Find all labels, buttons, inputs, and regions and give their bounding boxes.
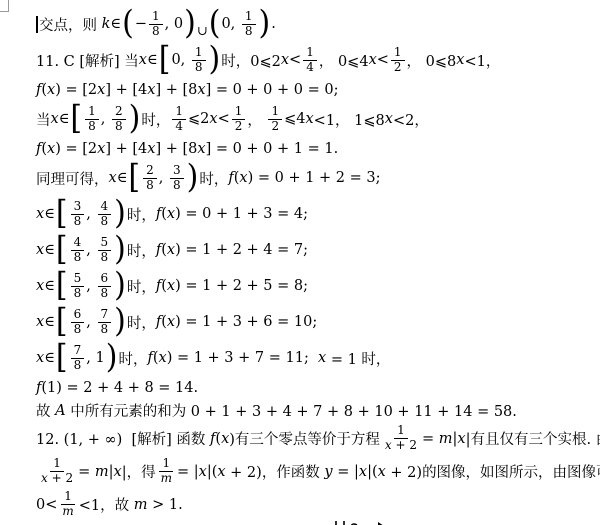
math-var: x [209,111,217,127]
text-run: 2 [146,163,154,177]
text-run: ∈ [44,350,55,366]
fraction-denominator: 8 [71,251,85,265]
math-var: x [167,314,175,330]
fraction-denominator: 8 [192,61,206,75]
fraction: 68 [71,308,85,337]
fraction: 18 [149,10,163,39]
text-line: x∈[38, 48)时，f(x) = 0 + 1 + 3 = 4; [36,196,592,232]
fraction-numerator: 1 [159,457,173,472]
fraction: 14 [303,46,317,75]
math-var: m [161,471,172,485]
math-var: x [36,350,44,366]
interval-bracket: ) [259,8,271,40]
text-run: 7 [101,307,109,321]
text-run: 1 [245,9,253,23]
text-run: ∈ [147,52,158,68]
fraction-numerator: 1 [192,46,206,61]
math-var: x [369,52,377,68]
text-run: 3 [173,163,181,177]
math-var: x [281,52,289,68]
text-run: 8 [101,214,109,228]
fraction-numerator: 3 [71,200,85,215]
text-run: 1 [152,9,160,23]
union-symbol: ∪ [197,24,208,39]
interval-bracket: [ [56,270,68,302]
text-run: 8 [74,358,82,372]
fraction-denominator: 8 [98,323,112,337]
text-run: ] = 0 + 0 + 0 = 0; [206,82,339,98]
math-var: y [324,464,332,480]
math-var: x [147,141,155,157]
text-run: 1 [88,104,96,118]
interval-bracket: [ [159,44,171,76]
fraction: 58 [98,236,112,265]
text-run: , [101,111,110,127]
text-run: 当 [36,109,51,130]
text-run: 1 [195,45,203,59]
fraction: 12 [391,46,405,75]
text-run: + 2 [392,438,417,452]
fraction-numerator: 1 [303,46,317,61]
text-line: x∈[48, 58)时，f(x) = 1 + 2 + 4 = 7; [36,232,592,268]
text-run: ] + [8 [155,82,197,98]
text-run: + 2 [48,471,73,485]
math-var: x [199,464,207,480]
text-run: ) = 1 + 3 + 6 = 10; [175,314,317,330]
fraction: 38 [71,200,85,229]
math-var: m [439,431,453,447]
fraction-numerator: 7 [98,308,112,323]
math-var: x [114,464,122,480]
text-line: 故 A 中所有元素的和为 0 + 1 + 3 + 4 + 7 + 8 + 10 … [36,399,592,422]
fraction: 1x + 2 [38,457,76,486]
math-var: x [305,111,313,127]
interval-bracket: [ [56,342,68,374]
fraction-denominator: x + 2 [382,439,420,453]
text-run: ∈ [110,16,121,32]
text-run: ) = [2 [55,82,97,98]
interval-bracket: [ [128,162,140,194]
text-run: 8 [173,178,181,192]
interval-bracket: ) [114,234,126,266]
text-run: , [86,314,95,330]
fraction: 1m [59,490,76,519]
interval-bracket: [ [70,103,82,135]
text-run: . [271,16,276,32]
text-line: x∈[58, 68)时，f(x) = 1 + 2 + 5 = 8; [36,268,592,304]
fraction: 18 [242,10,256,39]
fraction-denominator: 8 [71,359,85,373]
fraction-denominator: 8 [112,120,126,134]
text-run: ] + [8 [155,141,197,157]
text-run: <1，故 [79,494,134,515]
text-run: 8 [74,322,82,336]
text-run: , [86,242,95,258]
text-line: 同理可得，x∈[28, 38)时，f(x) = 0 + 1 + 2 = 3; [36,160,592,196]
interval-bracket: ( [122,8,134,40]
text-run: 1 [235,104,243,118]
text-run: ⩽2 [188,111,209,127]
fraction: 38 [170,164,184,193]
text-run: 5 [74,271,82,285]
text-run: |有且仅有三个实根. 由 [466,428,600,449]
text-run: <1， 1⩽8 [314,109,385,130]
text-run: (1) = 2 + 4 + 8 = 14. [41,380,198,396]
document-page: 交点，则 k∈(−18, 0)∪(0, 18).11. C [解析] 当x∈[0… [0,0,600,525]
fraction-denominator: 8 [98,251,112,265]
text-run: 1 [306,45,314,59]
text-run: ) = 1 + 3 + 7 = 11; [167,350,318,366]
text-run: = 1 时， [326,348,390,369]
math-var: x [167,278,175,294]
text-run: + 2)的图像，如图所示，由图像可知， [386,461,600,482]
fraction-denominator: 8 [71,215,85,229]
text-line: f(1) = 2 + 4 + 8 = 14. [36,376,592,399]
math-var: x [378,464,386,480]
fraction: 48 [71,236,85,265]
text-run: , [159,170,168,186]
fraction-numerator: 3 [170,164,184,179]
math-var: x [147,82,155,98]
interval-bracket: ) [114,198,126,230]
text-run: 3 [74,199,82,213]
text-line: 交点，则 k∈(−18, 0)∪(0, 18). [36,6,592,42]
text-run: ] = 0 + 0 + 1 = 1. [206,141,339,157]
math-var: x [167,206,175,222]
text-run: 5 [101,235,109,249]
text-run: ] + [4 [105,82,147,98]
text-run: <1， [464,50,500,71]
fraction-denominator: 2 [232,120,246,134]
text-run: ⩽4 [284,111,305,127]
text-run: 1 [271,104,279,118]
math-var: x [457,431,465,447]
clipped-graph-top-icon [332,519,402,525]
math-var: x [221,431,229,447]
text-run: 8 [74,250,82,264]
math-var: x [41,471,48,485]
text-run: |( [207,464,218,480]
text-run: ) = 0 + 1 + 2 = 3; [248,170,381,186]
text-run: 4 [306,60,314,74]
text-run: ， [247,109,266,130]
text-line: 当x∈[18, 28)时，14⩽2x<12， 12⩽4x<1， 1⩽8x<2， [36,101,592,137]
fraction: 28 [112,105,126,134]
text-run: > 1. [148,497,183,513]
fraction: 18 [192,46,206,75]
text-run: 时， [199,168,228,189]
text-run: 0, [171,52,189,68]
text-run: = [422,431,439,447]
fraction: 12 [232,105,246,134]
text-line: 1x + 2= m|x|，得1m= |x|(x + 2)，作函数 y = |x|… [36,455,592,488]
math-var: x [36,206,44,222]
interval-bracket: [ [56,234,68,266]
text-line: 0<1m<1，故 m > 1. [36,488,592,521]
interval-bracket: ) [209,44,221,76]
text-run: 8 [152,24,160,38]
text-run: 8 [101,250,109,264]
fraction-numerator: 1 [242,10,256,25]
text-line: x∈[78, 1)时，f(x) = 1 + 3 + 7 = 11; x = 1 … [36,340,592,376]
text-run: < [289,52,301,68]
fraction-denominator: 4 [172,120,186,134]
fraction: 12 [268,105,282,134]
text-run: ) = 1 + 2 + 5 = 8; [175,278,308,294]
math-var: x [318,350,326,366]
fraction-denominator: 8 [170,179,184,193]
text-run: 0< [36,497,57,513]
fraction: 1x + 2 [382,424,420,453]
math-var: x [197,82,205,98]
text-run: 时，0⩽2 [221,50,281,71]
text-run: ∈ [44,242,55,258]
text-run: |( [367,464,378,480]
math-var: x [36,278,44,294]
math-var: x [47,82,55,98]
text-run: 故 [36,400,55,421]
text-run: ) = 0 + 1 + 3 = 4; [175,206,308,222]
fraction-numerator: 6 [98,272,112,287]
text-run: 1 [175,104,183,118]
text-run: 2 [235,119,243,133]
fraction-numerator: 2 [112,105,126,120]
math-var: x [167,242,175,258]
fraction-denominator: 8 [242,25,256,39]
interval-bracket: ) [114,306,126,338]
text-run: ∈ [44,314,55,330]
text-run: 交点，则 [39,14,102,35]
fraction-denominator: 8 [149,25,163,39]
text-run: 同理可得， [36,168,109,189]
text-run: 时， [127,276,156,297]
text-run: 8 [195,60,203,74]
interval-bracket: ) [129,103,141,135]
text-run: <2， [393,109,429,130]
fraction-numerator: 1 [232,105,246,120]
text-run: = | [333,464,359,480]
text-run: ∈ [117,170,128,186]
text-run: 时， [127,312,156,333]
math-var: x [456,52,464,68]
math-var: m [62,504,73,518]
fraction-denominator: 8 [98,215,112,229]
text-line: 12. (1, + ∞) [解析] 函数 f(x)有三个零点等价于方程1x + … [36,422,592,455]
interval-bracket: ) [184,8,196,40]
text-run: 8 [245,24,253,38]
math-var: x [109,170,117,186]
text-run: − [135,16,147,32]
fraction-denominator: 8 [71,287,85,301]
fraction: 78 [71,344,85,373]
math-var: x [97,141,105,157]
text-run: ) = [2 [55,141,97,157]
frame-corner [0,0,9,12]
text-run: 8 [101,322,109,336]
text-run: 8 [115,119,123,133]
text-run: 4 [74,235,82,249]
text-run: , [86,278,95,294]
fraction-numerator: 7 [71,344,85,359]
text-run: 0, [221,16,239,32]
math-var: x [36,314,44,330]
text-run: 11. C [解析] 当 [36,50,139,71]
interval-bracket: [ [56,306,68,338]
math-var: x [51,111,59,127]
text-run: 2 [115,104,123,118]
text-run: + 2)，作函数 [226,461,325,482]
text-run: ∈ [44,206,55,222]
text-run: , [86,206,95,222]
text-run: 8 [74,214,82,228]
text-run: 1 [53,456,61,470]
text-run: 4 [175,119,183,133]
fraction-numerator: 1 [85,105,99,120]
fraction-denominator: 8 [143,179,157,193]
math-var: x [47,141,55,157]
fraction-denominator: 8 [98,287,112,301]
text-line: f(x) = [2x] + [4x] + [8x] = 0 + 0 + 1 = … [36,137,592,160]
fraction-denominator: 8 [85,120,99,134]
fraction-numerator: 2 [143,164,157,179]
math-var: x [239,170,247,186]
text-run: 4 [101,199,109,213]
text-run: = [78,464,95,480]
text-run: 12. (1, + ∞) [解析] 函数 [36,428,210,449]
fraction: 48 [98,200,112,229]
text-run: 1 [162,456,170,470]
figure-fragment [332,516,402,525]
text-run: < [218,111,230,127]
math-var: x [217,464,225,480]
fraction-denominator: 2 [391,61,405,75]
fraction: 68 [98,272,112,301]
fraction-numerator: 4 [98,200,112,215]
text-run: , 0 [165,16,183,32]
text-line: f(x) = [2x] + [4x] + [8x] = 0 + 0 + 0 = … [36,78,592,101]
fraction-numerator: 1 [50,457,64,472]
text-run: 时， [127,240,156,261]
fraction-numerator: 1 [391,46,405,61]
text-run: )有三个零点等价于方程 [229,428,380,449]
text-run: 时， [141,109,170,130]
math-var: x [359,464,367,480]
text-run: ， 0⩽8 [407,50,457,71]
text-run: 2 [271,119,279,133]
text-run: ， 0⩽4 [319,50,369,71]
document-lines: 交点，则 k∈(−18, 0)∪(0, 18).11. C [解析] 当x∈[0… [36,6,592,521]
text-run: ) = 1 + 2 + 4 = 7; [175,242,308,258]
fraction-denominator: x + 2 [38,472,76,486]
fraction-numerator: 1 [172,105,186,120]
text-run: 8 [88,119,96,133]
interval-bracket: ) [187,162,199,194]
text-run: ∈ [44,278,55,294]
text-line: x∈[68, 78)时，f(x) = 1 + 3 + 6 = 10; [36,304,592,340]
fraction: 28 [143,164,157,193]
fraction-denominator: 2 [268,120,282,134]
interval-bracket: ( [209,8,221,40]
math-var: k [102,16,111,32]
text-run: 8 [101,286,109,300]
fraction: 18 [85,105,99,134]
text-run: 时， [118,348,147,369]
text-cursor [36,16,38,33]
text-run: 1 [397,423,405,437]
text-run: 6 [74,307,82,321]
text-run: |，得 [122,461,156,482]
text-run: 8 [74,286,82,300]
fraction-numerator: 6 [71,308,85,323]
math-var: x [159,350,167,366]
fraction-numerator: 5 [98,236,112,251]
fraction-denominator: m [59,505,76,519]
math-var: m [134,497,148,513]
math-var: x [197,141,205,157]
text-run: = | [177,464,199,480]
text-run: 2 [394,60,402,74]
math-var: m [95,464,109,480]
fraction-denominator: m [158,472,175,486]
text-line: 11. C [解析] 当x∈[0, 18)时，0⩽2x<14， 0⩽4x<12，… [36,42,592,78]
fraction-denominator: 4 [303,61,317,75]
fraction: 14 [172,105,186,134]
math-var: x [385,438,392,452]
text-run: 7 [74,343,82,357]
fraction-numerator: 1 [394,424,408,439]
text-run: < [377,52,389,68]
math-var: x [97,82,105,98]
fraction-denominator: 8 [71,323,85,337]
text-run: 1 [394,45,402,59]
fraction: 1m [158,457,175,486]
text-run: ] + [4 [105,141,147,157]
fraction-numerator: 5 [71,272,85,287]
math-var: A [55,403,65,419]
fraction: 58 [71,272,85,301]
fraction-numerator: 1 [61,490,75,505]
interval-bracket: ) [114,270,126,302]
text-run: 8 [146,178,154,192]
fraction-numerator: 1 [149,10,163,25]
math-var: x [385,111,393,127]
text-run: 1 [64,489,72,503]
text-run: 中所有元素的和为 0 + 1 + 3 + 4 + 7 + 8 + 10 + 11… [66,400,517,421]
fraction: 78 [98,308,112,337]
text-run: , 1 [86,350,104,366]
interval-bracket: [ [56,198,68,230]
interval-bracket: ) [106,342,118,374]
math-var: x [36,242,44,258]
fraction-numerator: 1 [268,105,282,120]
text-run: 6 [101,271,109,285]
text-run: 时， [127,204,156,225]
math-var: x [139,52,147,68]
text-run: ∈ [59,111,70,127]
fraction-numerator: 4 [71,236,85,251]
